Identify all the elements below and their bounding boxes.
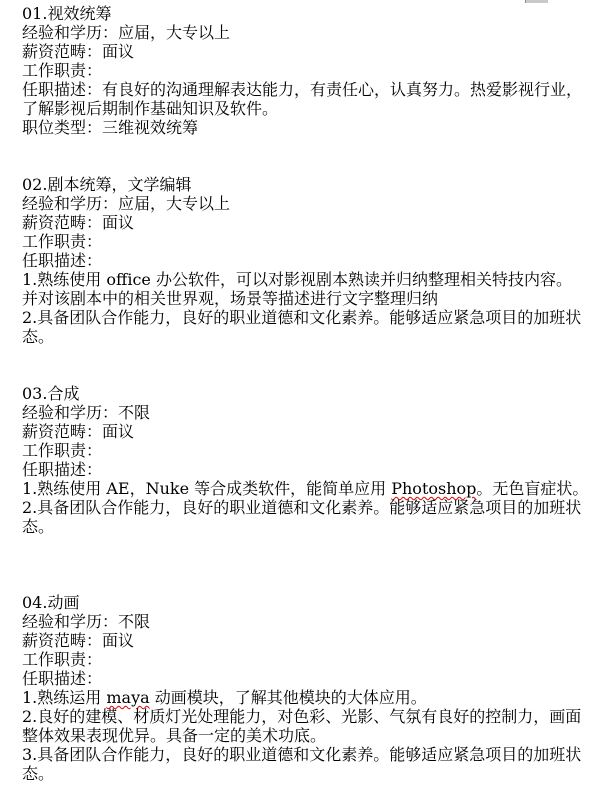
text-run: 经验和学历：不限 — [22, 612, 150, 631]
text-run: 1.熟练运用 — [22, 688, 106, 707]
text-run: 态。 — [22, 517, 54, 536]
text-run: 态。 — [22, 327, 54, 346]
text-run: 工作职责： — [22, 232, 102, 251]
job-title: 01.视效统筹 — [22, 4, 594, 23]
text-run: 薪资范畴：面议 — [22, 42, 134, 61]
text-line: 工作职责： — [22, 232, 594, 251]
text-line: 并对该剧本中的相关世界观，场景等描述进行文字整理归纳 — [22, 289, 594, 308]
text-line: 1.熟练使用 office 办公软件，可以对影视剧本熟读并归纳整理相关特技内容。 — [22, 270, 594, 289]
text-run: 任职描述： — [22, 669, 102, 688]
text-line: 职位类型：三维视效统筹 — [22, 118, 594, 137]
text-line: 经验和学历：应届，大专以上 — [22, 23, 594, 42]
text-run: 工作职责： — [22, 61, 102, 80]
text-line: 任职描述： — [22, 460, 594, 479]
text-line: 任职描述： — [22, 669, 594, 688]
text-line: 薪资范畴：面议 — [22, 42, 594, 61]
text-run: 整体效果表现优异。具备一定的美术功底。 — [22, 726, 326, 745]
text-run: 并对该剧本中的相关世界观，场景等描述进行文字整理归纳 — [22, 289, 438, 308]
text-run: 职位类型：三维视效统筹 — [22, 118, 198, 137]
text-line: 3.具备团队合作能力，良好的职业道德和文化素养。能够适应紧急项目的加班状 — [22, 745, 594, 764]
text-run: 经验和学历：应届，大专以上 — [22, 23, 230, 42]
text-line: 整体效果表现优异。具备一定的美术功底。 — [22, 726, 594, 745]
job-title: 04.动画 — [22, 593, 594, 612]
text-run: 薪资范畴：面议 — [22, 213, 134, 232]
text-run: 1.熟练使用 AE，Nuke 等合成类软件，能简单应用 — [22, 479, 391, 498]
text-line: 薪资范畴：面议 — [22, 631, 594, 650]
text-run: 2.具备团队合作能力，良好的职业道德和文化素养。能够适应紧急项目的加班状 — [22, 308, 581, 327]
job-section: 03.合成经验和学历：不限薪资范畴：面议工作职责：任职描述：1.熟练使用 AE，… — [22, 384, 594, 536]
text-line: 工作职责： — [22, 441, 594, 460]
text-line: 任职描述：有良好的沟通理解表达能力，有责任心，认真努力。热爱影视行业， — [22, 80, 594, 99]
text-line: 经验和学历：不限 — [22, 403, 594, 422]
window-edge-artifact — [525, 0, 548, 3]
text-run: 薪资范畴：面议 — [22, 631, 134, 650]
text-run: 经验和学历：应届，大专以上 — [22, 194, 230, 213]
text-line: 1.熟练运用 maya 动画模块，了解其他模块的大体应用。 — [22, 688, 594, 707]
text-run: 动画模块，了解其他模块的大体应用。 — [150, 688, 427, 707]
document-page: 01.视效统筹经验和学历：应届，大专以上薪资范畴：面议工作职责：任职描述：有良好… — [22, 4, 594, 783]
text-run: 态。 — [22, 764, 54, 783]
text-run: 3.具备团队合作能力，良好的职业道德和文化素养。能够适应紧急项目的加班状 — [22, 745, 581, 764]
text-run: 。无色盲症状。 — [476, 479, 588, 498]
text-line: 态。 — [22, 327, 594, 346]
text-line: 薪资范畴：面议 — [22, 213, 594, 232]
text-run: 2.具备团队合作能力，良好的职业道德和文化素养。能够适应紧急项目的加班状 — [22, 498, 581, 517]
job-section: 01.视效统筹经验和学历：应届，大专以上薪资范畴：面议工作职责：任职描述：有良好… — [22, 4, 594, 137]
text-run: 2.良好的建模、材质灯光处理能力，对色彩、光影、气氛有良好的控制力，画面 — [22, 707, 581, 726]
job-section: 02.剧本统筹，文学编辑经验和学历：应届，大专以上薪资范畴：面议工作职责：任职描… — [22, 175, 594, 346]
text-line: 2.具备团队合作能力，良好的职业道德和文化素养。能够适应紧急项目的加班状 — [22, 308, 594, 327]
text-line: 2.良好的建模、材质灯光处理能力，对色彩、光影、气氛有良好的控制力，画面 — [22, 707, 594, 726]
job-title: 02.剧本统筹，文学编辑 — [22, 175, 594, 194]
text-run: 任职描述：有良好的沟通理解表达能力，有责任心，认真努力。热爱影视行业， — [22, 80, 582, 99]
text-run: 任职描述： — [22, 460, 102, 479]
text-line: 了解影视后期制作基础知识及软件。 — [22, 99, 594, 118]
text-line: 2.具备团队合作能力，良好的职业道德和文化素养。能够适应紧急项目的加班状 — [22, 498, 594, 517]
text-line: 经验和学历：应届，大专以上 — [22, 194, 594, 213]
text-run: 工作职责： — [22, 441, 102, 460]
text-run: 薪资范畴：面议 — [22, 422, 134, 441]
text-line: 工作职责： — [22, 650, 594, 669]
job-title: 03.合成 — [22, 384, 594, 403]
text-line: 任职描述： — [22, 251, 594, 270]
text-run: 经验和学历：不限 — [22, 403, 150, 422]
text-line: 1.熟练使用 AE，Nuke 等合成类软件，能简单应用 Photoshop。无色… — [22, 479, 594, 498]
text-line: 态。 — [22, 517, 594, 536]
job-section: 04.动画经验和学历：不限薪资范畴：面议工作职责：任职描述：1.熟练运用 may… — [22, 593, 594, 783]
text-line: 薪资范畴：面议 — [22, 422, 594, 441]
text-run: 了解影视后期制作基础知识及软件。 — [22, 99, 278, 118]
text-line: 态。 — [22, 764, 594, 783]
text-line: 工作职责： — [22, 61, 594, 80]
text-run: 任职描述： — [22, 251, 102, 270]
text-run: 工作职责： — [22, 650, 102, 669]
misspelled-word: Photoshop — [391, 479, 476, 498]
text-line: 经验和学历：不限 — [22, 612, 594, 631]
text-run: 1.熟练使用 office 办公软件，可以对影视剧本熟读并归纳整理相关特技内容。 — [22, 270, 572, 289]
misspelled-word: maya — [106, 688, 149, 707]
